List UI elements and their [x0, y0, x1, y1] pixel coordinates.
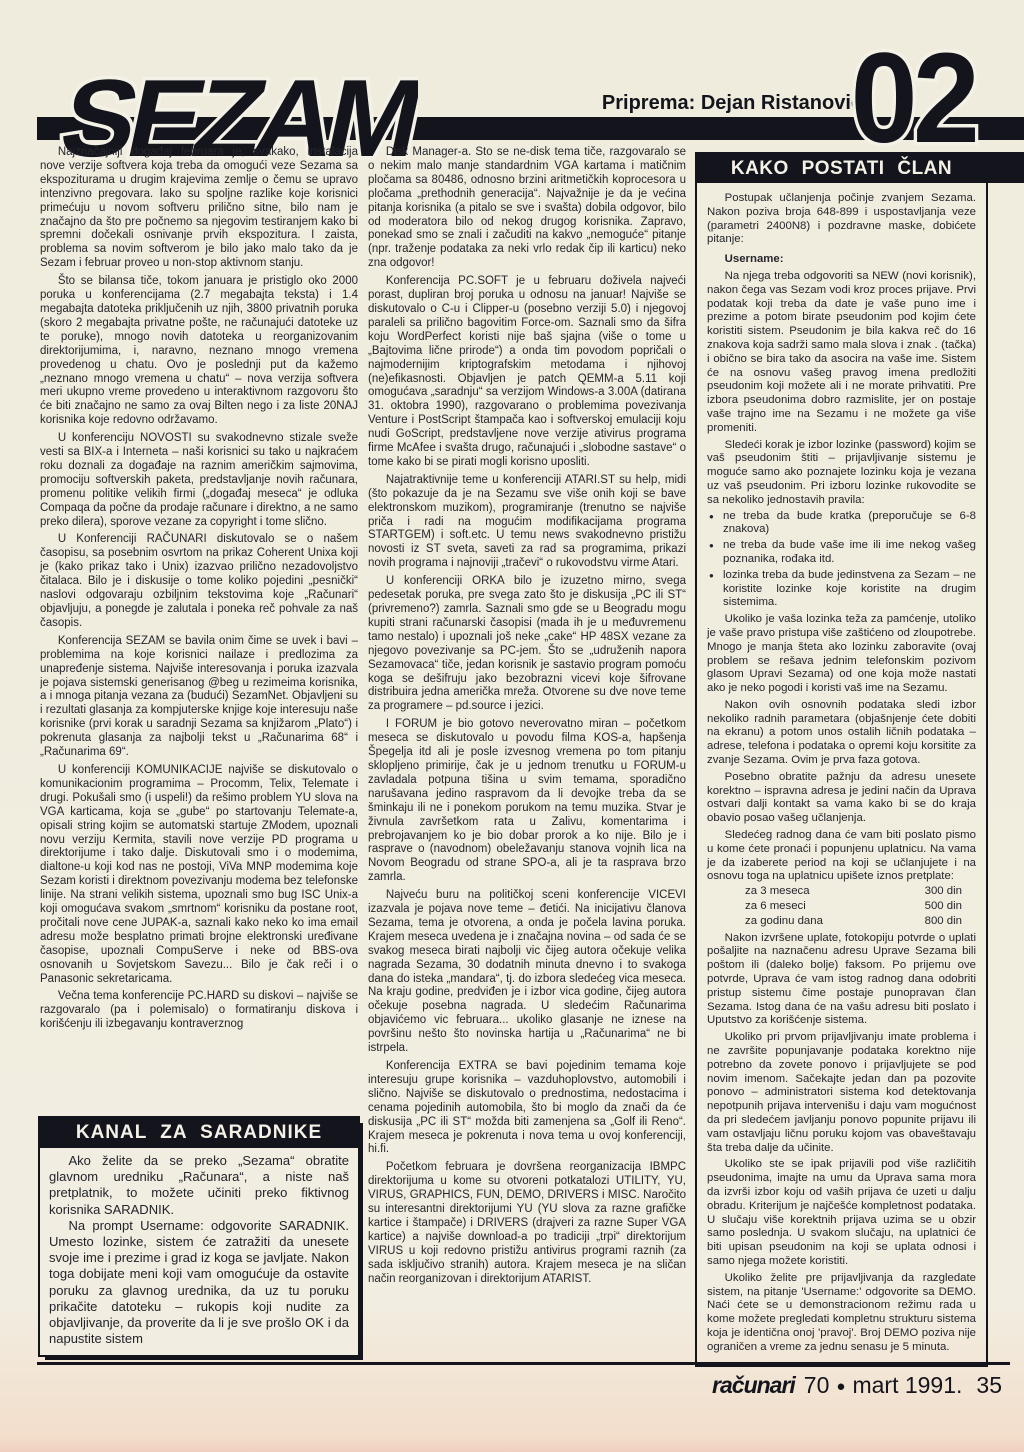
- box-paragraph: Postupak učlanjenja počinje zvanjem Seza…: [707, 192, 976, 247]
- paragraph: U Konferenciji RAČUNARI diskutovalo se o…: [40, 533, 358, 630]
- paragraph: Početkom februara je dovršena reorganiza…: [368, 1161, 686, 1286]
- page-number-badge: 02: [845, 38, 1020, 160]
- bullet-separator-icon: ●: [836, 1378, 845, 1395]
- footer: računari70●mart 1991.35: [712, 1372, 1002, 1399]
- bullet-icon: ●: [707, 539, 723, 567]
- paragraph: I FORUM je bio gotovo neverovatno miran …: [368, 718, 686, 885]
- box-paragraph: Ako želite da se preko „Sezama“ obratite…: [49, 1153, 349, 1218]
- paragraph: Najatraktivnije teme u konferenciji ATAR…: [368, 474, 686, 571]
- rule-bullet-item: ●ne treba da bude kratka (preporučuje se…: [707, 510, 976, 538]
- rule-bullet-item: ●ne treba da bude vaše ime ili ime nekog…: [707, 539, 976, 567]
- box-paragraph: Username:: [707, 253, 976, 267]
- bullet-icon: ●: [707, 510, 723, 538]
- issue-date: mart 1991.: [852, 1372, 962, 1398]
- bullet-text: ne treba da bude kratka (preporučuje se …: [723, 510, 976, 538]
- box-paragraph: Ukoliko pri prvom prijavljivanju imate p…: [707, 1031, 976, 1155]
- box-paragraph: Ukoliko želite pre prijavljivanja da raz…: [707, 1272, 976, 1355]
- box-paragraph: Sledećeg radnog dana će vam biti poslato…: [707, 829, 976, 884]
- paragraph: Što se bilansa tiče, tokom januara je pr…: [40, 275, 358, 428]
- price-row: za godinu dana800 din: [707, 915, 976, 929]
- paragraph: Večna tema konferencije PC.HARD su disko…: [40, 990, 358, 1032]
- byline: Priprema: Dejan Ristanović: [602, 92, 862, 115]
- price-label: za godinu dana: [745, 915, 823, 929]
- issue-number: 70: [804, 1372, 830, 1398]
- kanal-za-saradnike-box: KANAL ZA SARADNIKE Ako želite da se prek…: [38, 1116, 360, 1357]
- price-value: 500 din: [925, 900, 962, 914]
- price-value: 300 din: [925, 885, 962, 899]
- paragraph: Disk Manager-a. Što se ne-disk tema tiče…: [368, 146, 686, 271]
- box-paragraph: Ukoliko ste se ipak prijavili pod više r…: [707, 1158, 976, 1268]
- kako-postati-clan-box: KAKO POSTATI ČLAN Postupak učlanjenja po…: [695, 152, 988, 1367]
- price-row: za 3 meseca300 din: [707, 885, 976, 899]
- page-number-text: 02: [851, 38, 976, 160]
- magazine-page: SEZAM Priprema: Dejan Ristanović 02 Najz…: [0, 0, 1024, 1452]
- paragraph: Konferencija EXTRA se bavi pojedinim tem…: [368, 1060, 686, 1157]
- box-paragraph: Na prompt Username: odgovorite SARADNIK.…: [49, 1218, 349, 1348]
- column-left: Najznačajniji događaj februara je, svaka…: [40, 146, 358, 1112]
- rule-bullet-item: ●lozinka treba da bude jedinstvena za Se…: [707, 569, 976, 610]
- paragraph: Konferencija PC.SOFT je u februaru doživ…: [368, 275, 686, 470]
- paragraph: Najveću buru na političkoj sceni konfere…: [368, 889, 686, 1056]
- folio-page-number: 35: [976, 1372, 1002, 1398]
- box-paragraph: Nakon izvršene uplate, fotokopiju potvrd…: [707, 932, 976, 1029]
- paragraph: U konferenciji ORKA bilo je izuzetno mir…: [368, 575, 686, 714]
- column-middle: Disk Manager-a. Što se ne-disk tema tiče…: [368, 146, 686, 1360]
- magazine-name: računari: [712, 1372, 795, 1398]
- kanal-box-body: Ako želite da se preko „Sezama“ obratite…: [40, 1148, 358, 1355]
- price-label: za 3 meseca: [745, 885, 810, 899]
- paragraph: U konferenciju NOVOSTI su svakodnevno st…: [40, 432, 358, 529]
- price-row: za 6 meseci500 din: [707, 900, 976, 914]
- bullet-text: ne treba da bude vaše ime ili ime nekog …: [723, 539, 976, 567]
- clan-box-title: KAKO POSTATI ČLAN: [697, 154, 986, 183]
- paragraph: Konferencija SEZAM se bavila onim čime s…: [40, 635, 358, 760]
- box-paragraph: Ukoliko je vaša lozinka teža za pamćenje…: [707, 613, 976, 696]
- paragraph: U konferenciji KOMUNIKACIJE najviše se d…: [40, 764, 358, 987]
- price-label: za 6 meseci: [745, 900, 806, 914]
- bullet-text: lozinka treba da bude jedinstvena za Sez…: [723, 569, 976, 610]
- box-paragraph: Posebno obratite pažnju da adresu uneset…: [707, 771, 976, 826]
- box-paragraph: Na njega treba odgovoriti sa NEW (novi k…: [707, 270, 976, 436]
- kanal-box-title: KANAL ZA SARADNIKE: [40, 1118, 358, 1148]
- box-paragraph: Nakon ovih osnovnih podataka sledi izbor…: [707, 699, 976, 768]
- clan-box-body: Postupak učlanjenja počinje zvanjem Seza…: [697, 183, 986, 1365]
- bullet-icon: ●: [707, 569, 723, 610]
- price-value: 800 din: [925, 915, 962, 929]
- box-paragraph: Sledeći korak je izbor lozinke (password…: [707, 439, 976, 508]
- footer-rule: [37, 1362, 1010, 1365]
- paragraph: Najznačajniji događaj februara je, svaka…: [40, 146, 358, 271]
